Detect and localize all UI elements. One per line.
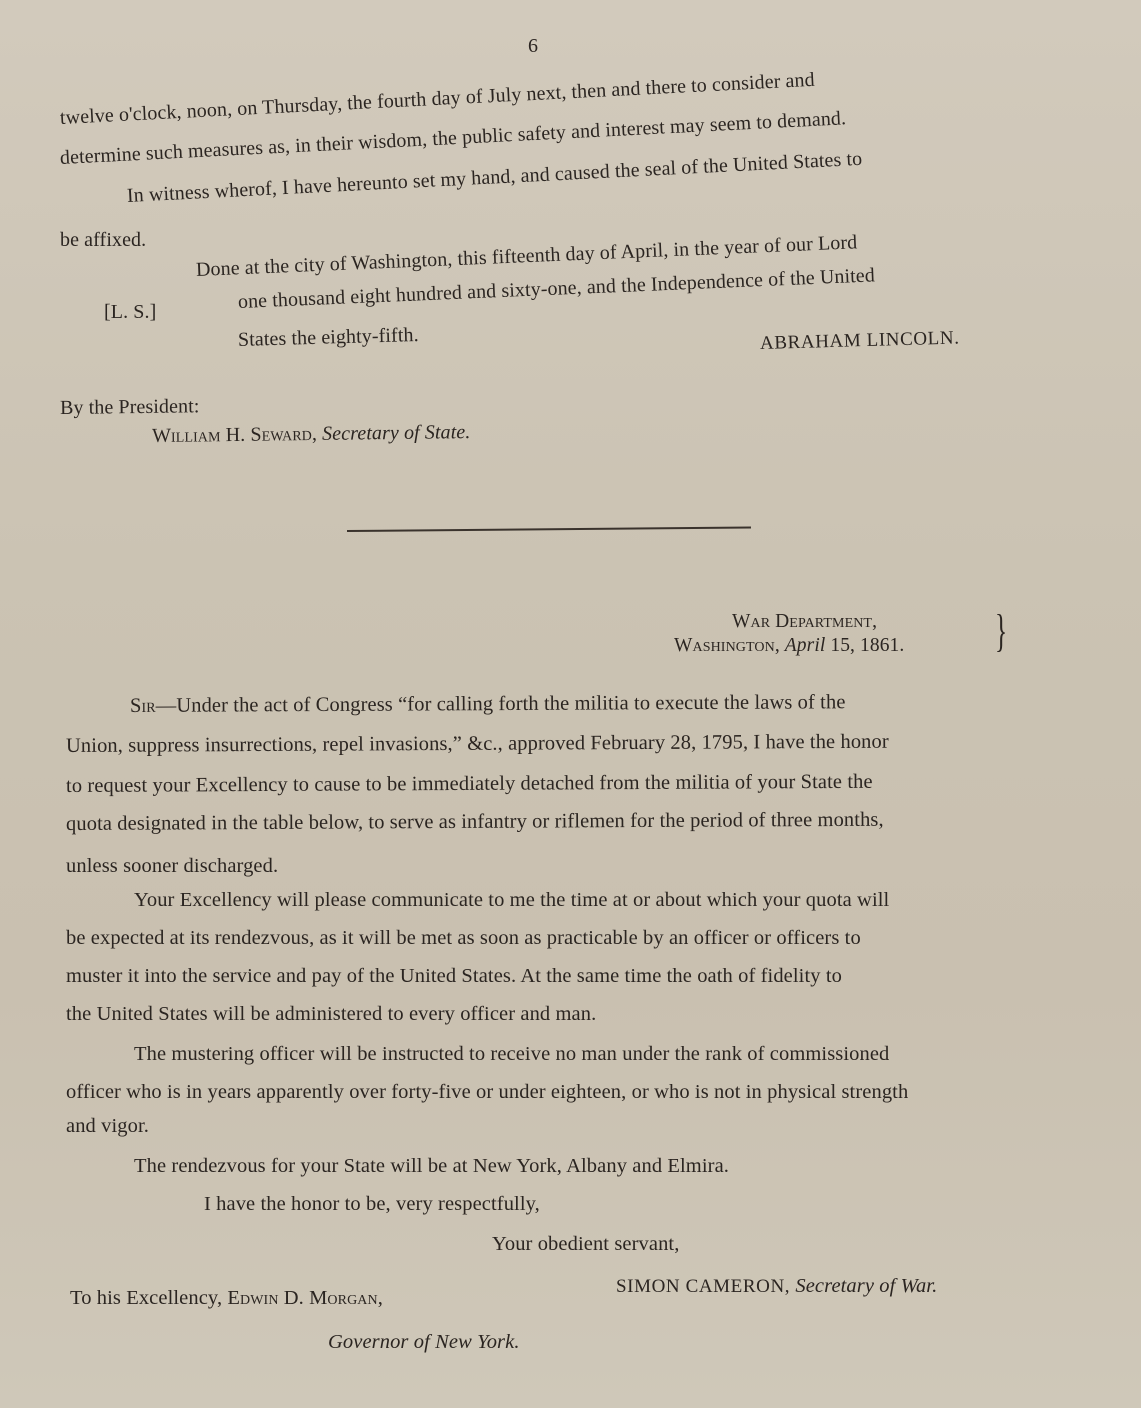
header-place-date: Washington, April 15, 1861. [674,636,904,656]
letter-para4-line-1: The rendezvous for your State will be at… [134,1156,729,1177]
done-line-3: States the eighty-fifth. [238,325,419,350]
right-brace-icon: } [995,608,1007,654]
header-day-year: 15, 1861. [830,635,904,656]
header-month: April [785,635,826,656]
letter-para1-line-5: unless sooner discharged. [66,856,278,877]
document-page: 6 twelve o'clock, noon, on Thursday, the… [0,0,1141,1408]
closing-honor: I have the honor to be, very respectfull… [204,1194,540,1215]
by-the-president: By the President: [60,396,200,418]
addressee-title: Governor of New York. [328,1332,520,1353]
addressee-name: Edwin D. Morgan, [227,1287,383,1309]
letter-para2-line-4: the United States will be administered t… [66,1004,596,1025]
seal-mark: [L. S.] [104,302,156,322]
seward-countersign: William H. Seward, Secretary of State. [152,422,471,446]
letter-para1-line-4: quota designated in the table below, to … [66,810,884,835]
header-city: Washington, [674,635,780,656]
letter-para2-line-1: Your Excellency will please communicate … [134,890,889,911]
cameron-title: Secretary of War. [795,1275,937,1297]
letter-para1-line-1: Sir—Under the act of Congress “for calli… [130,692,846,716]
letter-para3-line-3: and vigor. [66,1116,149,1137]
cameron-name: SIMON CAMERON, [616,1276,790,1297]
letter-para2-line-2: be expected at its rendezvous, as it wil… [66,928,861,949]
letter-para1-line-2: Union, suppress insurrections, repel inv… [66,732,889,757]
salutation: Sir [130,695,156,717]
addressee-prefix: To his Excellency, [70,1287,222,1309]
lincoln-signature: ABRAHAM LINCOLN. [760,328,960,353]
closing-servant: Your obedient servant, [492,1234,679,1255]
seward-title: Secretary of State. [322,421,471,445]
letter-para3-line-1: The mustering officer will be instructed… [134,1044,889,1065]
page-number: 6 [528,36,538,56]
seward-name: William H. Seward, [152,423,317,447]
section-divider [347,526,751,532]
addressee-line-1: To his Excellency, Edwin D. Morgan, [70,1288,383,1309]
letter-para2-line-3: muster it into the service and pay of th… [66,966,842,987]
letter-para3-line-2: officer who is in years apparently over … [66,1082,908,1103]
header-department: War Department, [732,612,877,632]
letter-para1-line-3: to request your Excellency to cause to b… [66,772,873,797]
witness-line-2: be affixed. [60,230,146,250]
cameron-signature: SIMON CAMERON, Secretary of War. [616,1276,937,1297]
